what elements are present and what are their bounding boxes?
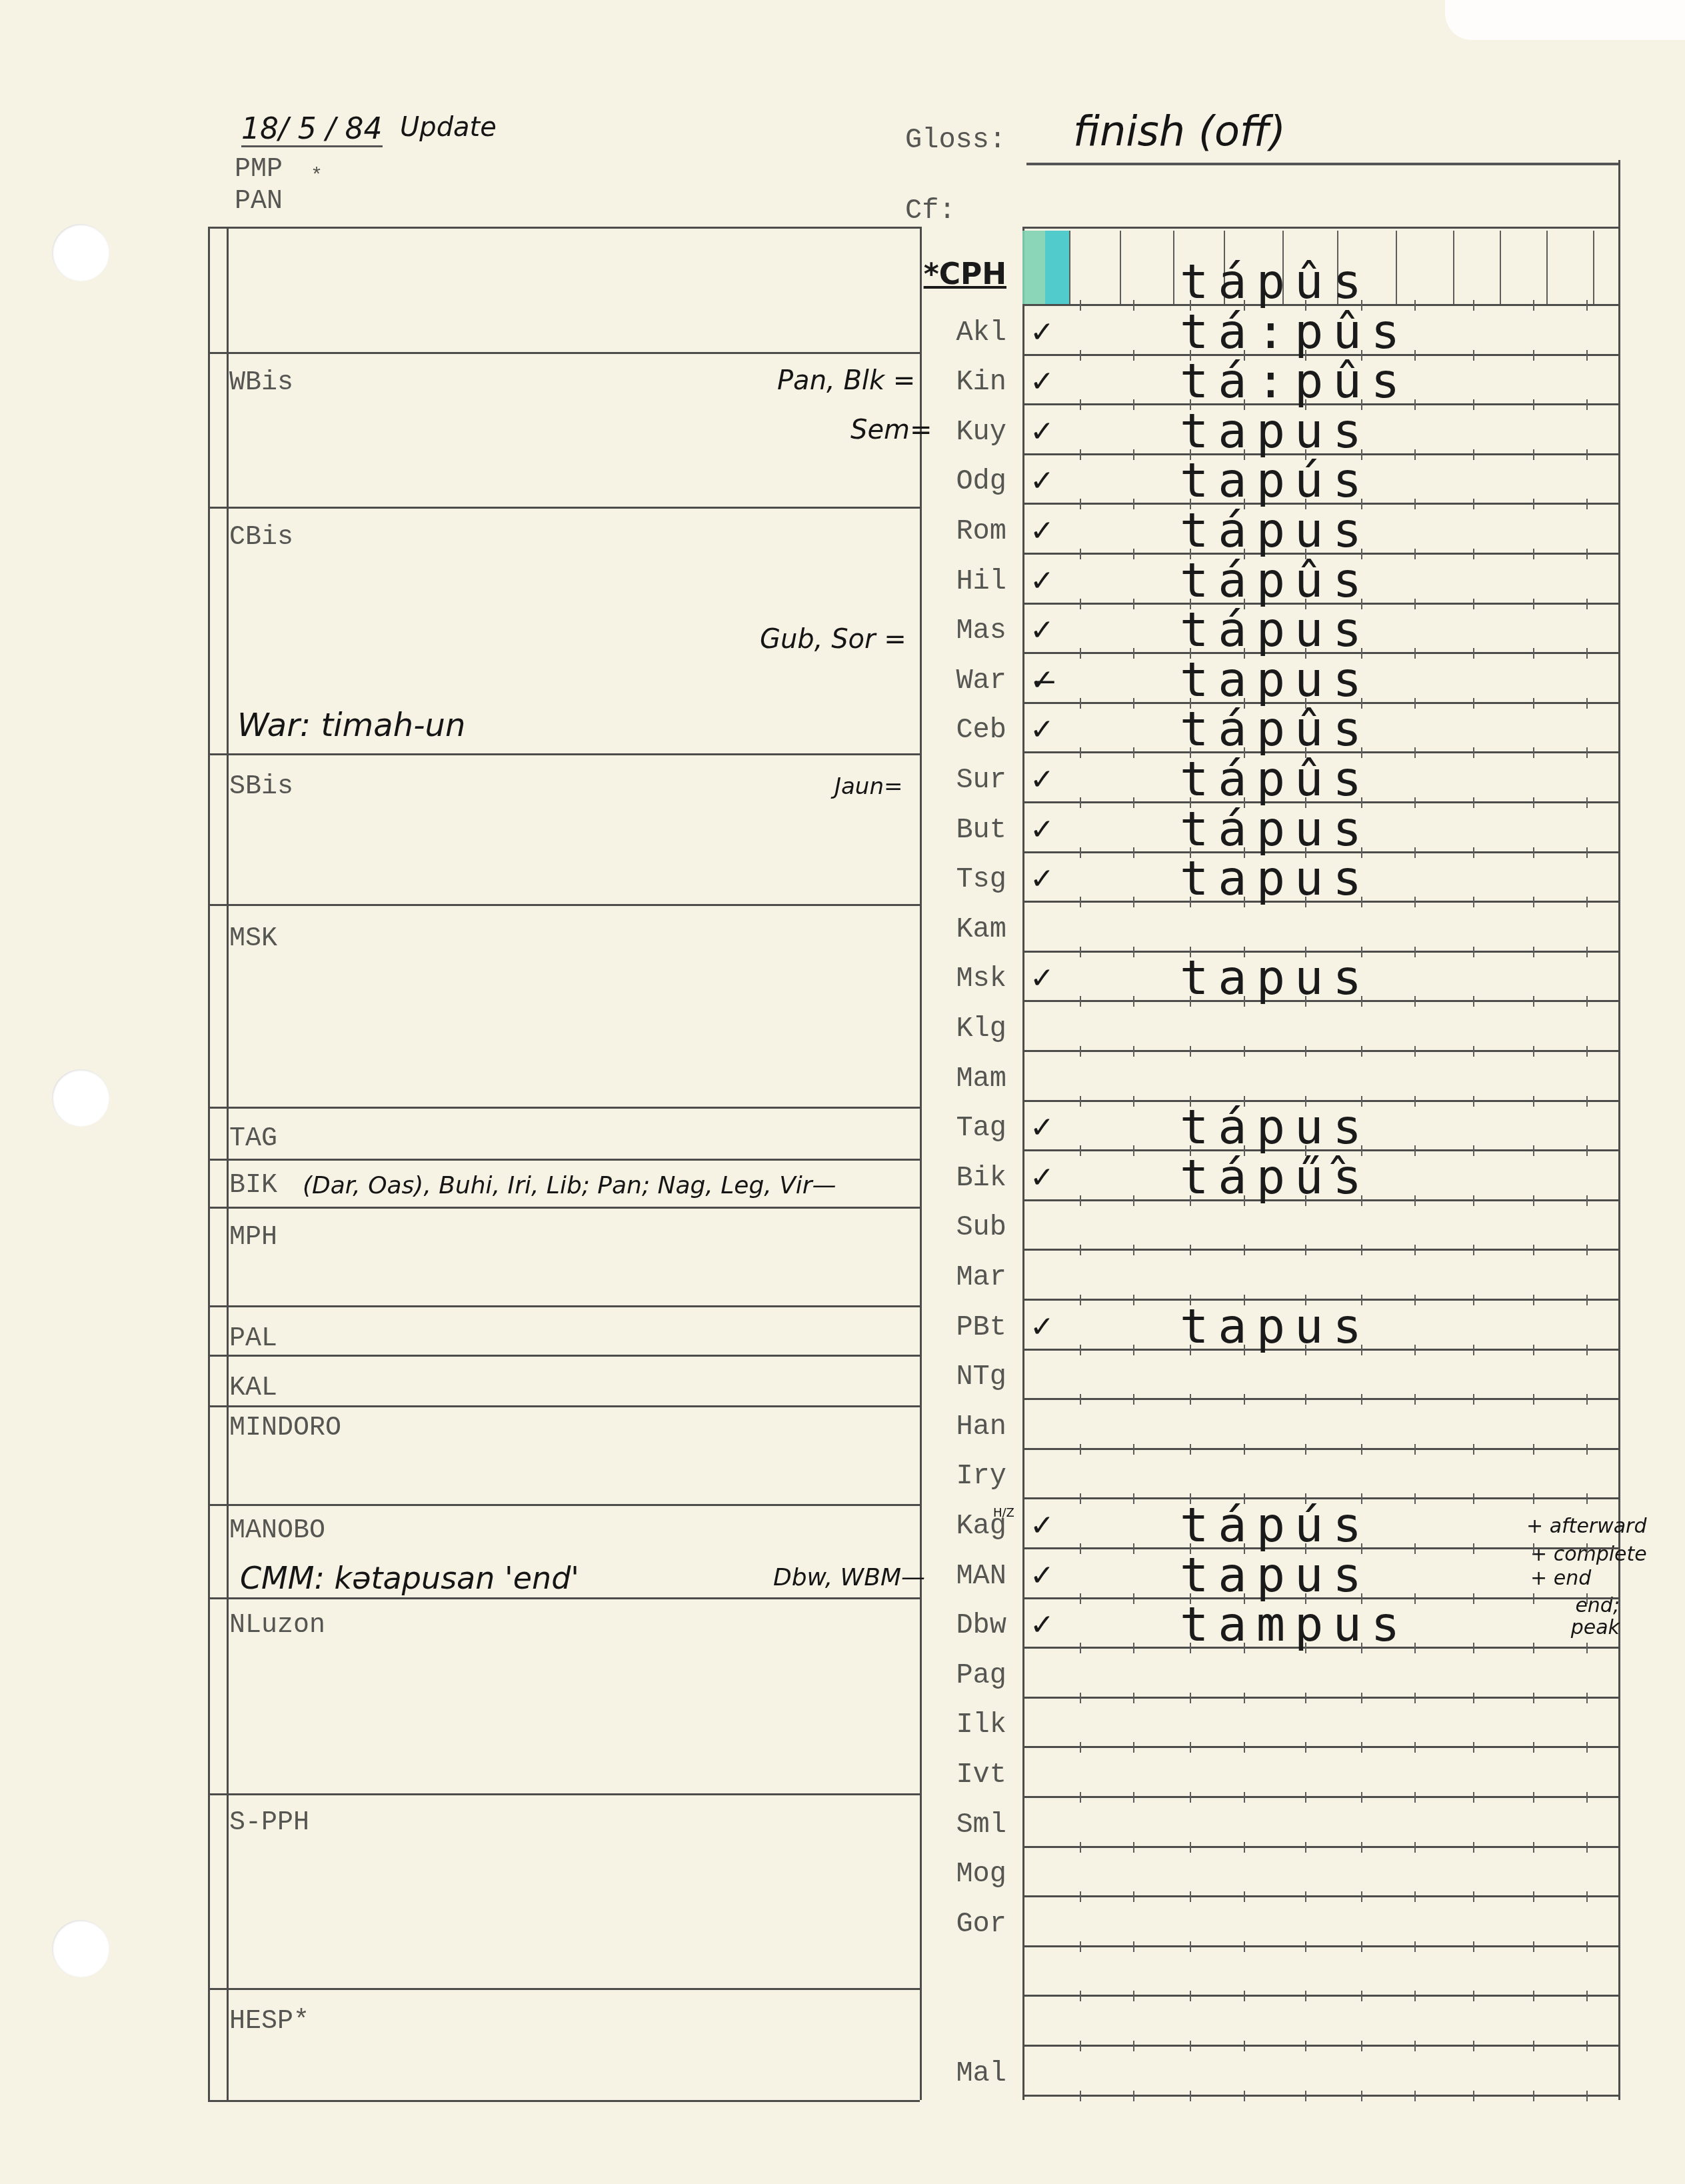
grid-tick bbox=[1473, 1394, 1474, 1405]
language-code: Kin bbox=[906, 366, 1006, 398]
row-divider bbox=[1022, 1995, 1618, 1997]
grid-tick bbox=[1586, 1593, 1588, 1604]
grid-tick bbox=[1080, 1295, 1081, 1305]
grid-tick bbox=[1080, 1693, 1081, 1703]
grid-tick bbox=[1190, 1941, 1191, 1952]
grid-tick bbox=[1133, 2091, 1134, 2101]
grid-tick bbox=[1244, 1394, 1245, 1405]
gloss-underline bbox=[1026, 163, 1618, 165]
cognate-check-icon: ✓ bbox=[1030, 564, 1054, 598]
cph-cell-divider bbox=[1453, 231, 1454, 304]
grid-tick bbox=[1133, 1593, 1134, 1604]
grid-tick bbox=[1080, 399, 1081, 410]
note-sbis-sur: Jaun= bbox=[835, 773, 902, 800]
subgroup-divider bbox=[208, 1504, 920, 1506]
grid-tick bbox=[1414, 1543, 1416, 1554]
grid-tick bbox=[1133, 1295, 1134, 1305]
reflex-form: tapus bbox=[1180, 407, 1371, 455]
grid-tick bbox=[1133, 1891, 1134, 1902]
grid-tick bbox=[1305, 1693, 1306, 1703]
grid-tick bbox=[1190, 1792, 1191, 1803]
grid-tick bbox=[1190, 1394, 1191, 1405]
subgroup-label: S-PPH bbox=[229, 1808, 309, 1838]
row-divider bbox=[1022, 1448, 1618, 1450]
grid-tick bbox=[1190, 2041, 1191, 2051]
grid-tick bbox=[1133, 1493, 1134, 1504]
cognate-check-icon: ✓ bbox=[1030, 1559, 1054, 1593]
row-divider bbox=[1022, 1796, 1618, 1798]
grid-tick bbox=[1133, 897, 1134, 907]
frame-right bbox=[1618, 160, 1620, 2100]
grid-tick bbox=[1586, 1394, 1588, 1405]
binder-hole-top bbox=[52, 224, 109, 281]
grid-tick bbox=[1080, 1792, 1081, 1803]
grid-tick bbox=[1133, 300, 1134, 311]
reflex-form: tapus bbox=[1180, 1302, 1371, 1350]
grid-tick bbox=[1133, 350, 1134, 361]
grid-tick bbox=[1133, 747, 1134, 758]
subgroup-divider bbox=[208, 1305, 920, 1307]
cognate-check-icon: ✓ bbox=[1030, 613, 1054, 647]
grid-tick bbox=[1361, 1941, 1362, 1952]
grid-tick bbox=[1133, 1394, 1134, 1405]
margin-gloss-man-1: + complete bbox=[1530, 1543, 1647, 1566]
language-code: Mas bbox=[906, 615, 1006, 647]
grid-tick bbox=[1586, 648, 1588, 659]
subgroup-label: MPH bbox=[229, 1223, 277, 1253]
grid-tick bbox=[1473, 1543, 1474, 1554]
grid-tick bbox=[1586, 1991, 1588, 2001]
grid-tick bbox=[1533, 1991, 1534, 2001]
grid-tick bbox=[1244, 1046, 1245, 1057]
grid-tick bbox=[1586, 499, 1588, 509]
row-divider bbox=[1022, 1846, 1618, 1848]
subgroup-label: MINDORO bbox=[229, 1413, 341, 1443]
grid-tick bbox=[1473, 1593, 1474, 1604]
cognate-check-icon: ✓ bbox=[1030, 763, 1054, 797]
grid-tick bbox=[1133, 599, 1134, 609]
cph-cell-divider bbox=[1173, 231, 1174, 304]
grid-tick bbox=[1080, 1444, 1081, 1455]
grid-tick bbox=[1586, 1543, 1588, 1554]
grid-tick bbox=[1533, 1643, 1534, 1653]
grid-tick bbox=[1414, 847, 1416, 858]
row-divider bbox=[1022, 1895, 1618, 1897]
cph-cell-divider bbox=[1396, 231, 1397, 304]
row-divider bbox=[1022, 1746, 1618, 1748]
grid-tick bbox=[1414, 947, 1416, 957]
grid-tick bbox=[1414, 1842, 1416, 1853]
grid-tick bbox=[1414, 747, 1416, 758]
frame-top-left bbox=[208, 227, 920, 229]
grid-tick bbox=[1244, 1444, 1245, 1455]
grid-tick bbox=[1361, 2041, 1362, 2051]
grid-tick bbox=[1133, 1195, 1134, 1206]
cph-cell-divider bbox=[1546, 231, 1548, 304]
grid-tick bbox=[1473, 996, 1474, 1007]
grid-tick bbox=[1414, 1345, 1416, 1355]
cph-cell-divider bbox=[1069, 231, 1070, 304]
cognate-check-icon: ✓ bbox=[1030, 415, 1054, 449]
language-code: Tsg bbox=[906, 863, 1006, 895]
grid-tick bbox=[1414, 1891, 1416, 1902]
reflex-form: tápus bbox=[1180, 1103, 1371, 1151]
grid-tick bbox=[1586, 1493, 1588, 1504]
grid-tick bbox=[1586, 549, 1588, 559]
grid-tick bbox=[1305, 1742, 1306, 1753]
cognate-check-icon: ✓ bbox=[1030, 1111, 1054, 1145]
cph-cell-divider bbox=[1593, 231, 1594, 304]
reflex-form: tápûs bbox=[1180, 705, 1371, 753]
row-divider bbox=[1022, 1249, 1618, 1251]
cognate-check-icon: ✓ bbox=[1030, 813, 1054, 847]
grid-tick bbox=[1361, 1046, 1362, 1057]
grid-tick bbox=[1414, 1096, 1416, 1107]
reflex-form: tápű̂s bbox=[1180, 1153, 1371, 1201]
reflex-form: tápûs bbox=[1180, 755, 1371, 803]
grid-tick bbox=[1473, 1046, 1474, 1057]
language-code: Sub bbox=[906, 1211, 1006, 1243]
grid-tick bbox=[1080, 947, 1081, 957]
grid-tick bbox=[1133, 1096, 1134, 1107]
grid-tick bbox=[1586, 2041, 1588, 2051]
grid-tick bbox=[1080, 747, 1081, 758]
language-code: Ceb bbox=[906, 714, 1006, 746]
reflex-form: tápús bbox=[1180, 1501, 1371, 1549]
grid-tick bbox=[1533, 947, 1534, 957]
grid-tick bbox=[1190, 1842, 1191, 1853]
grid-tick bbox=[1080, 1195, 1081, 1206]
grid-tick bbox=[1361, 1742, 1362, 1753]
language-code: Klg bbox=[906, 1013, 1006, 1045]
gloss-label: Gloss: bbox=[905, 124, 1006, 156]
grid-tick bbox=[1414, 698, 1416, 709]
grid-tick bbox=[1414, 350, 1416, 361]
grid-tick bbox=[1080, 1345, 1081, 1355]
grid-tick bbox=[1586, 449, 1588, 460]
grid-tick bbox=[1133, 549, 1134, 559]
grid-tick bbox=[1533, 2091, 1534, 2101]
grid-tick bbox=[1133, 1842, 1134, 1853]
grid-tick bbox=[1080, 599, 1081, 609]
grid-tick bbox=[1473, 499, 1474, 509]
note-manobo-dbw: Dbw, WBM— bbox=[773, 1564, 925, 1591]
grid-tick bbox=[1080, 1493, 1081, 1504]
grid-tick bbox=[1244, 2041, 1245, 2051]
gloss-value: finish (off) bbox=[1073, 107, 1286, 155]
note-wbis-kin: Pan, Blk = bbox=[777, 365, 915, 396]
grid-tick bbox=[1473, 1842, 1474, 1853]
grid-tick bbox=[1533, 300, 1534, 311]
language-code: *CPH bbox=[906, 257, 1006, 291]
language-code: Mal bbox=[906, 2057, 1006, 2089]
row-divider bbox=[1022, 2095, 1618, 2097]
grid-tick bbox=[1080, 1842, 1081, 1853]
grid-tick bbox=[1586, 1096, 1588, 1107]
grid-tick bbox=[1080, 350, 1081, 361]
reflex-form: tapus bbox=[1180, 1551, 1371, 1599]
grid-tick bbox=[1586, 1941, 1588, 1952]
grid-tick bbox=[1080, 1394, 1081, 1405]
grid-tick bbox=[1586, 1145, 1588, 1156]
subgroup-label: MANOBO bbox=[229, 1516, 325, 1546]
grid-tick bbox=[1080, 549, 1081, 559]
language-code: PBt bbox=[906, 1311, 1006, 1343]
grid-tick bbox=[1080, 648, 1081, 659]
row-divider bbox=[1022, 1050, 1618, 1052]
language-code: Ilk bbox=[906, 1709, 1006, 1741]
language-code: MAN bbox=[906, 1560, 1006, 1592]
grid-tick bbox=[1473, 1643, 1474, 1653]
grid-tick bbox=[1133, 797, 1134, 808]
subgroup-label: TAG bbox=[229, 1124, 277, 1154]
grid-tick bbox=[1190, 1444, 1191, 1455]
grid-tick bbox=[1244, 1991, 1245, 2001]
grid-tick bbox=[1133, 1941, 1134, 1952]
grid-tick bbox=[1414, 1593, 1416, 1604]
grid-tick bbox=[1473, 648, 1474, 659]
grid-tick bbox=[1133, 1345, 1134, 1355]
date-stamp: 18/ 5 / 84 bbox=[241, 113, 383, 147]
grid-tick bbox=[1133, 1145, 1134, 1156]
grid-tick bbox=[1133, 499, 1134, 509]
grid-tick bbox=[1305, 1891, 1306, 1902]
subgroup-label: NLuzon bbox=[229, 1611, 325, 1641]
grid-tick bbox=[1361, 1891, 1362, 1902]
reflex-form: tampus bbox=[1180, 1600, 1409, 1648]
grid-tick bbox=[1305, 1842, 1306, 1853]
subgroup-label: MSK bbox=[229, 924, 277, 954]
frame-lang-right bbox=[1022, 227, 1024, 2100]
subgroup-divider bbox=[208, 352, 920, 354]
language-code: Tag bbox=[906, 1112, 1006, 1144]
grid-tick bbox=[1586, 399, 1588, 410]
grid-tick bbox=[1133, 2041, 1134, 2051]
grid-tick bbox=[1361, 1842, 1362, 1853]
grid-tick bbox=[1414, 797, 1416, 808]
cognate-check-icon: ✓ bbox=[1030, 862, 1054, 896]
grid-tick bbox=[1473, 1941, 1474, 1952]
note-cbis-war: War: timah-un bbox=[237, 707, 465, 744]
grid-tick bbox=[1361, 1792, 1362, 1803]
subgroup-divider bbox=[208, 1159, 920, 1161]
subgroup-label: HESP* bbox=[229, 2007, 309, 2037]
margin-gloss-man-2: + end bbox=[1530, 1567, 1591, 1590]
grid-tick bbox=[1414, 599, 1416, 609]
reflex-form: tapús bbox=[1180, 456, 1371, 504]
row-divider bbox=[1022, 1697, 1618, 1699]
grid-tick bbox=[1586, 1693, 1588, 1703]
grid-tick bbox=[1586, 1195, 1588, 1206]
grid-tick bbox=[1533, 996, 1534, 1007]
grid-tick bbox=[1533, 1145, 1534, 1156]
subgroup-divider bbox=[208, 1207, 920, 1209]
grid-tick bbox=[1244, 2091, 1245, 2101]
reflex-form: tá:pûs bbox=[1180, 357, 1409, 405]
grid-tick bbox=[1361, 1991, 1362, 2001]
grid-tick bbox=[1080, 1145, 1081, 1156]
grid-tick bbox=[1473, 1444, 1474, 1455]
margin-gloss-kag: + afterward bbox=[1526, 1515, 1646, 1538]
grid-tick bbox=[1133, 698, 1134, 709]
grid-tick bbox=[1305, 1245, 1306, 1255]
grid-tick bbox=[1414, 449, 1416, 460]
grid-tick bbox=[1473, 1096, 1474, 1107]
grid-tick bbox=[1080, 499, 1081, 509]
cf-label: Cf: bbox=[905, 195, 956, 227]
grid-tick bbox=[1244, 1245, 1245, 1255]
grid-tick bbox=[1473, 2091, 1474, 2101]
grid-tick bbox=[1586, 996, 1588, 1007]
grid-tick bbox=[1586, 847, 1588, 858]
language-code: Iry bbox=[906, 1460, 1006, 1492]
grid-tick bbox=[1133, 1543, 1134, 1554]
grid-tick bbox=[1533, 1046, 1534, 1057]
language-code: Ivt bbox=[906, 1759, 1006, 1791]
subgroup-divider bbox=[208, 507, 920, 509]
subgroup-divider bbox=[208, 753, 920, 755]
grid-tick bbox=[1080, 2041, 1081, 2051]
grid-tick bbox=[1080, 1593, 1081, 1604]
grid-tick bbox=[1533, 2041, 1534, 2051]
grid-tick bbox=[1080, 1941, 1081, 1952]
grid-tick bbox=[1414, 1792, 1416, 1803]
cph-cell-divider bbox=[1120, 231, 1121, 304]
note-bik: (Dar, Oas), Buhi, Iri, Lib; Pan; Nag, Le… bbox=[303, 1172, 837, 1199]
grid-tick bbox=[1133, 1245, 1134, 1255]
grid-tick bbox=[1080, 847, 1081, 858]
grid-tick bbox=[1473, 549, 1474, 559]
grid-tick bbox=[1533, 747, 1534, 758]
grid-tick bbox=[1533, 1842, 1534, 1853]
grid-tick bbox=[1533, 1493, 1534, 1504]
grid-tick bbox=[1586, 797, 1588, 808]
grid-tick bbox=[1133, 1046, 1134, 1057]
grid-tick bbox=[1586, 1792, 1588, 1803]
grid-tick bbox=[1473, 449, 1474, 460]
grid-tick bbox=[1586, 947, 1588, 957]
grid-tick bbox=[1080, 1643, 1081, 1653]
grid-tick bbox=[1190, 2091, 1191, 2101]
grid-tick bbox=[1190, 1245, 1191, 1255]
grid-tick bbox=[1190, 1693, 1191, 1703]
reflex-form: tápûs bbox=[1180, 257, 1371, 305]
language-code: War bbox=[906, 665, 1006, 697]
cognate-check-icon: ✓ bbox=[1030, 315, 1054, 349]
grid-tick bbox=[1414, 1444, 1416, 1455]
cognate-check-icon: ✓ bbox=[1030, 961, 1054, 995]
cognate-check-icon: ✓ bbox=[1030, 713, 1054, 747]
subgroup-label: BIK bbox=[229, 1171, 277, 1201]
reflex-form: tá:pûs bbox=[1180, 307, 1409, 355]
grid-tick bbox=[1586, 1444, 1588, 1455]
grid-tick bbox=[1190, 1046, 1191, 1057]
grid-tick bbox=[1586, 300, 1588, 311]
grid-tick bbox=[1361, 1444, 1362, 1455]
grid-tick bbox=[1133, 399, 1134, 410]
cognate-check-icon: ✓ bbox=[1030, 1310, 1054, 1344]
grid-tick bbox=[1414, 1145, 1416, 1156]
grid-tick bbox=[1473, 599, 1474, 609]
grid-tick bbox=[1190, 1991, 1191, 2001]
grid-tick bbox=[1473, 897, 1474, 907]
grid-tick bbox=[1586, 747, 1588, 758]
grid-tick bbox=[1133, 947, 1134, 957]
language-code: Kuy bbox=[906, 416, 1006, 448]
grid-tick bbox=[1533, 399, 1534, 410]
language-code: Kag bbox=[906, 1510, 1006, 1542]
grid-tick bbox=[1414, 399, 1416, 410]
grid-tick bbox=[1414, 549, 1416, 559]
subgroup-label: KAL bbox=[229, 1373, 277, 1403]
frame-bottom-left bbox=[208, 2100, 920, 2102]
grid-tick bbox=[1533, 1543, 1534, 1554]
grid-tick bbox=[1533, 897, 1534, 907]
grid-tick bbox=[1414, 1493, 1416, 1504]
row-divider bbox=[1022, 1945, 1618, 1947]
grid-tick bbox=[1533, 1593, 1534, 1604]
language-code: Hil bbox=[906, 565, 1006, 597]
grid-tick bbox=[1414, 300, 1416, 311]
grid-tick bbox=[1414, 2091, 1416, 2101]
grid-tick bbox=[1080, 897, 1081, 907]
subgroup-divider bbox=[208, 1355, 920, 1357]
language-code: Sur bbox=[906, 764, 1006, 796]
reflex-form: tápus bbox=[1180, 605, 1371, 653]
language-code: Mog bbox=[906, 1858, 1006, 1890]
grid-tick bbox=[1473, 797, 1474, 808]
update-label: Update bbox=[400, 112, 497, 143]
subgroup-divider bbox=[208, 1793, 920, 1795]
grid-tick bbox=[1414, 1941, 1416, 1952]
grid-tick bbox=[1586, 1842, 1588, 1853]
grid-tick bbox=[1533, 1345, 1534, 1355]
grid-tick bbox=[1133, 1444, 1134, 1455]
grid-tick bbox=[1533, 1394, 1534, 1405]
grid-tick bbox=[1080, 1046, 1081, 1057]
row-divider bbox=[1022, 1398, 1618, 1400]
grid-tick bbox=[1133, 1991, 1134, 2001]
grid-tick bbox=[1473, 1493, 1474, 1504]
language-code: Mam bbox=[906, 1063, 1006, 1095]
grid-tick bbox=[1473, 300, 1474, 311]
grid-tick bbox=[1586, 2091, 1588, 2101]
grid-tick bbox=[1473, 1792, 1474, 1803]
grid-tick bbox=[1133, 847, 1134, 858]
grid-tick bbox=[1414, 1195, 1416, 1206]
language-code: Rom bbox=[906, 515, 1006, 547]
grid-tick bbox=[1244, 1742, 1245, 1753]
reflex-form: tapus bbox=[1180, 655, 1371, 703]
grid-tick bbox=[1533, 1195, 1534, 1206]
subgroup-divider bbox=[208, 1597, 920, 1599]
language-code: Kam bbox=[906, 913, 1006, 945]
grid-tick bbox=[1361, 2091, 1362, 2101]
language-code: Han bbox=[906, 1411, 1006, 1443]
pmp-marker: * bbox=[311, 165, 323, 188]
reflex-form: tapus bbox=[1180, 854, 1371, 902]
grid-tick bbox=[1533, 499, 1534, 509]
grid-tick bbox=[1473, 2041, 1474, 2051]
grid-tick bbox=[1473, 1345, 1474, 1355]
grid-tick bbox=[1533, 1245, 1534, 1255]
grid-tick bbox=[1473, 1195, 1474, 1206]
language-code: Bik bbox=[906, 1162, 1006, 1194]
language-code: But bbox=[906, 814, 1006, 846]
grid-tick bbox=[1533, 1693, 1534, 1703]
grid-tick bbox=[1305, 1444, 1306, 1455]
grid-tick bbox=[1586, 698, 1588, 709]
